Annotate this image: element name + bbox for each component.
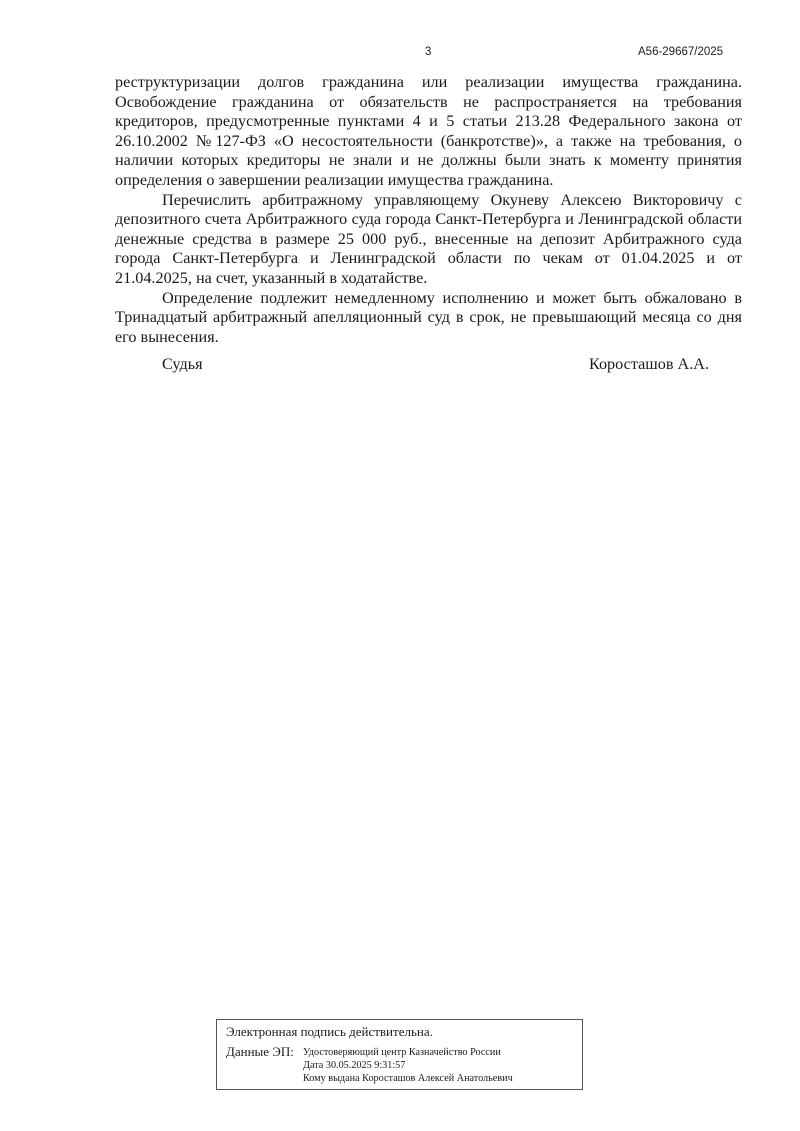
page-number: 3 — [425, 46, 431, 58]
paragraph-continuation: реструктуризации долгов гражданина или р… — [115, 73, 742, 191]
document-body: реструктуризации долгов гражданина или р… — [115, 73, 742, 347]
signature-name: Коросташов А.А. — [589, 355, 709, 374]
paragraph-appeal-notice: Определение подлежит немедленному исполн… — [115, 289, 742, 348]
esig-title: Электронная подпись действительна. — [226, 1024, 433, 1040]
esig-date: Дата 30.05.2025 9:31:57 — [303, 1059, 513, 1072]
esig-details: Удостоверяющий центр Казначейство России… — [303, 1046, 513, 1085]
esig-issued-to: Кому выдана Коросташов Алексей Анатольев… — [303, 1072, 513, 1085]
esig-label: Данные ЭП: — [226, 1044, 294, 1060]
electronic-signature-stamp: Электронная подпись действительна. Данны… — [216, 1019, 583, 1090]
case-number: А56-29667/2025 — [638, 46, 723, 58]
paragraph-payment-order: Перечислить арбитражному управляющему Ок… — [115, 191, 742, 289]
signature-role: Судья — [162, 355, 203, 374]
esig-issuer: Удостоверяющий центр Казначейство России — [303, 1046, 513, 1059]
